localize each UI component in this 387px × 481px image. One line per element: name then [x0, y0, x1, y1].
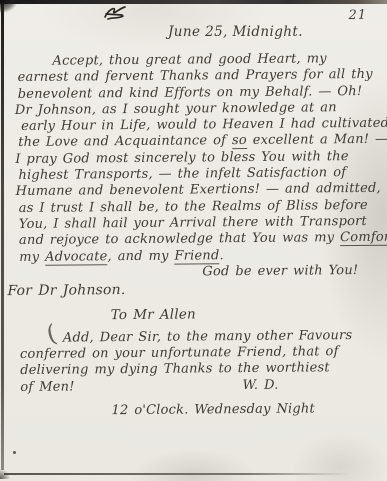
postscript-text: of Men! — [20, 379, 74, 396]
letter-text: my — [19, 249, 45, 264]
postscript-line: of Men!W. D. — [20, 377, 375, 396]
paren-flourish-icon: ( — [45, 325, 58, 343]
underlined-word: so — [232, 133, 247, 149]
docket-line: For Dr Johnson. — [7, 280, 374, 299]
letter-text: excellent a Man! — — [247, 132, 387, 148]
manuscript-letter-photo: 21 June 25, Midnight. Accept, thou great… — [0, 0, 387, 481]
underlined-word: Advocate — [45, 249, 108, 266]
photo-border-corner-smudge — [0, 461, 16, 479]
letter-text: and rejoyce to acknowledge that You was … — [19, 230, 340, 248]
photo-border-left — [1, 2, 4, 470]
photo-border-top — [0, 0, 387, 4]
photo-border-bottom — [4, 473, 349, 475]
postscript-line: (Add, Dear Sir, to the many other Favour… — [63, 328, 375, 347]
time-line: 12 o'Clock. Wednesday Night — [111, 401, 375, 420]
letter-text: , and my — [107, 248, 174, 264]
date-line: June 25, Midnight. — [168, 24, 303, 40]
ink-flourish-icon — [102, 2, 130, 26]
photo-border-corner-smudge — [0, 0, 26, 22]
postscript-text: Add, Dear Sir, to the many other Favours — [63, 328, 353, 346]
address-line: To Mr Allen — [111, 305, 375, 324]
ink-speck — [13, 451, 16, 454]
signature-initials: W. D. — [243, 377, 279, 394]
underlined-word: Friend — [174, 248, 219, 264]
letter-line: and rejoyce to acknowledge that You was … — [19, 230, 374, 249]
valediction: God be ever with You! — [16, 263, 374, 282]
page-number: 21 — [348, 8, 367, 23]
letter-text: . — [219, 248, 223, 263]
letter-text: the Love and Acquaintance of — [18, 134, 232, 151]
photo-border-right — [382, 0, 386, 456]
underlined-word: Comforter — [340, 230, 387, 247]
postscript-line: delivering my dying Thanks to the worthi… — [20, 360, 375, 379]
letter-body: Accept, thou great and good Heart, my ea… — [14, 51, 375, 420]
